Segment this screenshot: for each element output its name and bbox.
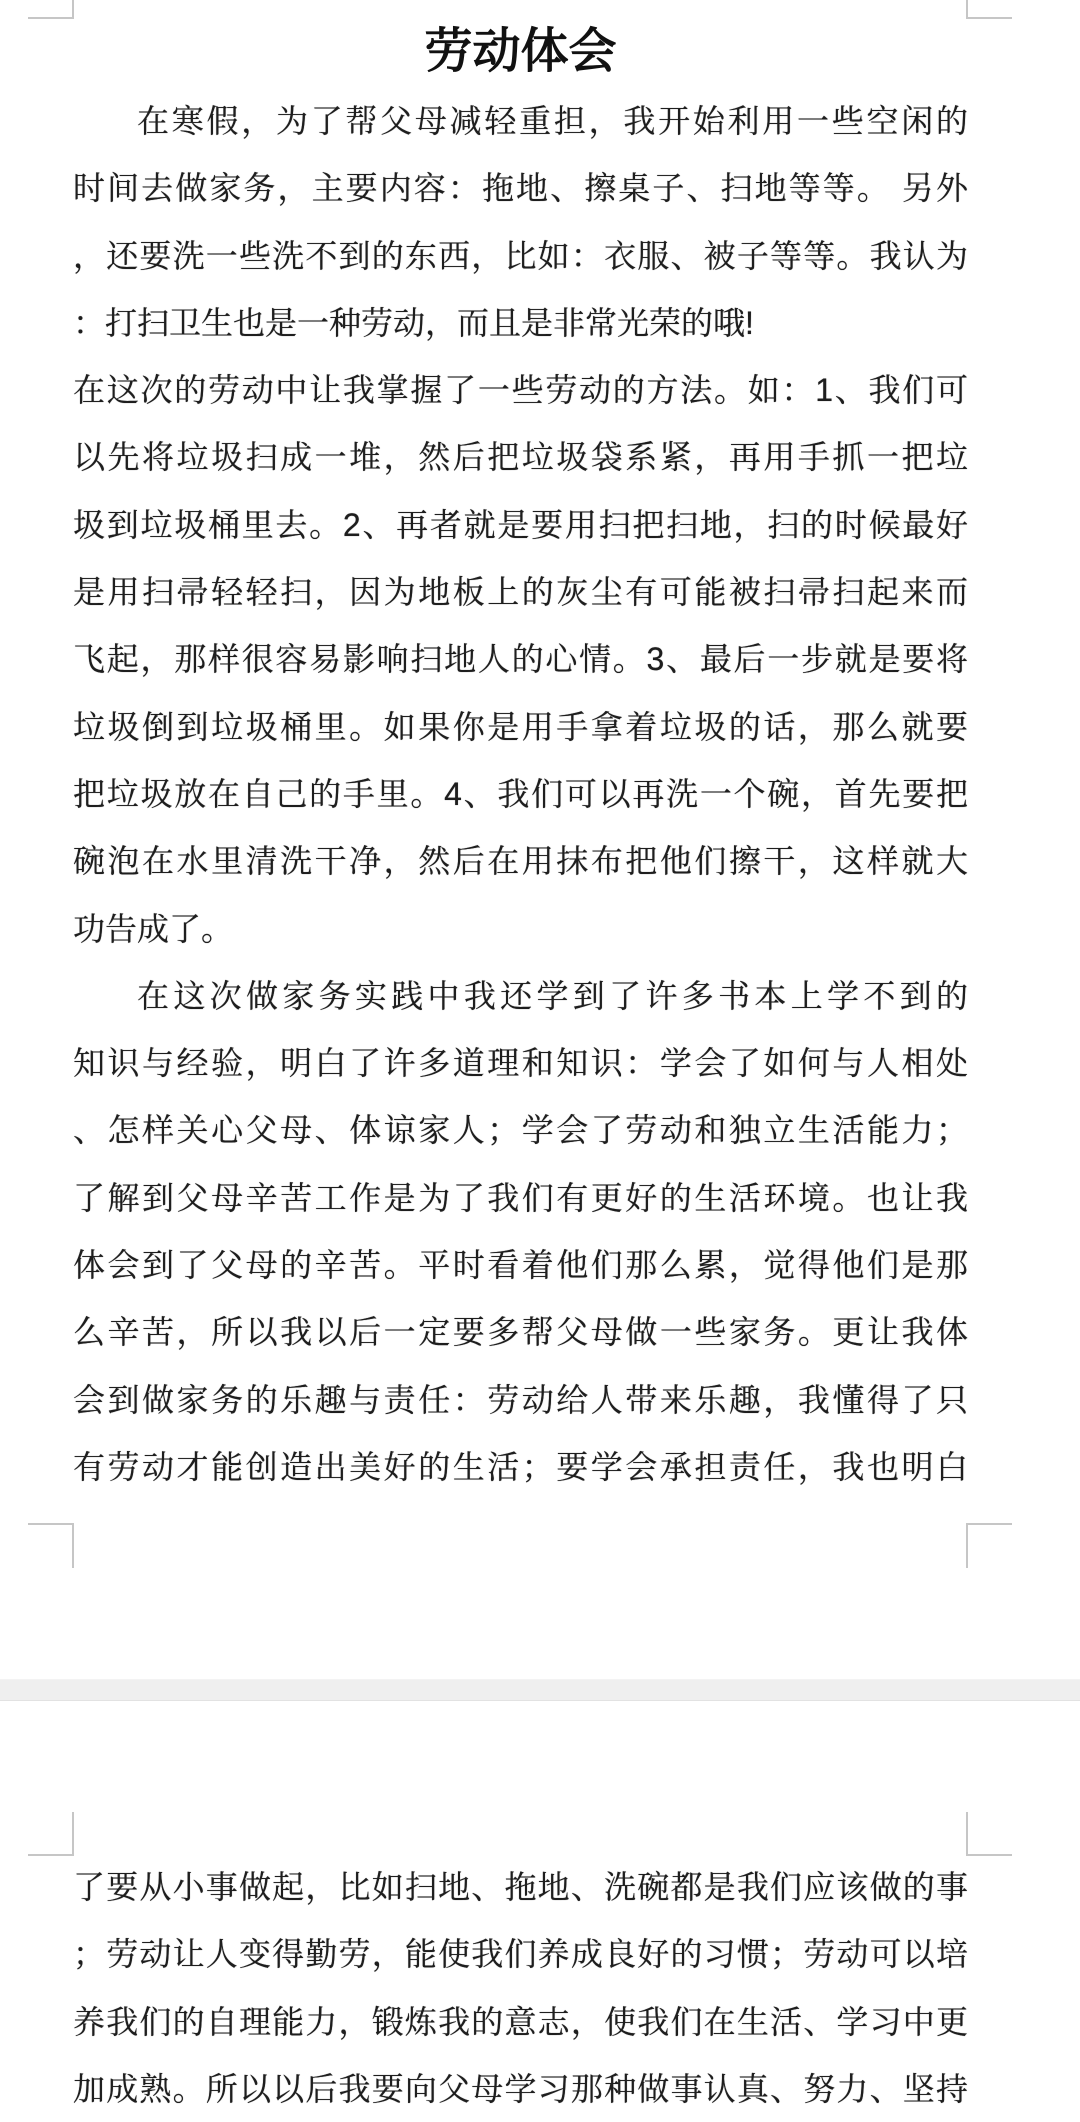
text-line: 了解到父母辛苦工作是为了我们有更好的生活环境。也让我 (73, 1165, 968, 1232)
text-boundary-mark-page1-top-left (28, 0, 74, 19)
text-line: ，还要洗一些洗不到的东西，比如：衣服、被子等等。我认为 (73, 223, 968, 290)
text-line: 垃圾倒到垃圾桶里。如果你是用手拿着垃圾的话，那么就要 (73, 694, 968, 761)
text-boundary-mark-page1-top-right (966, 0, 1012, 19)
text-line: ：打扫卫生也是一种劳动，而且是非常光荣的哦! (73, 290, 968, 357)
text-line: 在这次的劳动中让我掌握了一些劳动的方法。如：1、我们可 (73, 357, 968, 424)
document-canvas: { "title": "劳动体会", "colors": { "text": "… (0, 0, 1080, 2122)
text-line: 碗泡在水里清洗干净，然后在用抹布把他们擦干，这样就大 (73, 828, 968, 895)
text-line: 圾到垃圾桶里去。2、再者就是要用扫把扫地，扫的时候最好 (73, 492, 968, 559)
text-line: 时间去做家务，主要内容：拖地、擦桌子、扫地等等。 另外 (73, 155, 968, 222)
page-1: 劳动体会 在寒假，为了帮父母减轻重担，我开始利用一些空闲的时间去做家务，主要内容… (0, 0, 1080, 1679)
text-line: 加成熟。所以以后我要向父母学习那种做事认真、努力、坚持 (73, 2056, 968, 2122)
text-boundary-mark-page1-bottom-right (966, 1523, 1012, 1568)
text-line: 会到做家务的乐趣与责任：劳动给人带来乐趣，我懂得了只 (73, 1367, 968, 1434)
text-line: 知识与经验，明白了许多道理和知识：学会了如何与人相处 (73, 1030, 968, 1097)
text-boundary-mark-page2-top-right (966, 1812, 1012, 1856)
page-gap-separator (0, 1679, 1080, 1701)
text-line: 、怎样关心父母、体谅家人；学会了劳动和独立生活能力； (73, 1097, 968, 1164)
page-title: 劳动体会 (73, 22, 968, 82)
text-line: 功告成了。 (73, 896, 968, 963)
text-line: 在这次做家务实践中我还学到了许多书本上学不到的 (73, 963, 968, 1030)
text-line: 有劳动才能创造出美好的生活；要学会承担责任，我也明白 (73, 1434, 968, 1501)
text-line: 了要从小事做起，比如扫地、拖地、洗碗都是我们应该做的事 (73, 1854, 968, 1921)
text-line: 体会到了父母的辛苦。平时看着他们那么累，觉得他们是那 (73, 1232, 968, 1299)
page-2-text-block: 了要从小事做起，比如扫地、拖地、洗碗都是我们应该做的事；劳动让人变得勤劳，能使我… (73, 1854, 968, 2122)
page-1-text-block: 在寒假，为了帮父母减轻重担，我开始利用一些空闲的时间去做家务，主要内容：拖地、擦… (73, 88, 968, 1501)
text-line: 飞起，那样很容易影响扫地人的心情。3、最后一步就是要将 (73, 626, 968, 693)
text-boundary-mark-page1-bottom-left (28, 1523, 74, 1568)
text-line: 么辛苦，所以我以后一定要多帮父母做一些家务。更让我体 (73, 1299, 968, 1366)
text-boundary-mark-page2-top-left (28, 1812, 74, 1856)
text-line: 是用扫帚轻轻扫，因为地板上的灰尘有可能被扫帚扫起来而 (73, 559, 968, 626)
page-2: 了要从小事做起，比如扫地、拖地、洗碗都是我们应该做的事；劳动让人变得勤劳，能使我… (0, 1702, 1080, 2122)
text-line: 养我们的自理能力，锻炼我的意志，使我们在生活、学习中更 (73, 1989, 968, 2056)
text-line: 在寒假，为了帮父母减轻重担，我开始利用一些空闲的 (73, 88, 968, 155)
text-line: 把垃圾放在自己的手里。4、我们可以再洗一个碗，首先要把 (73, 761, 968, 828)
text-line: 以先将垃圾扫成一堆，然后把垃圾袋系紧，再用手抓一把垃 (73, 424, 968, 491)
text-line: ；劳动让人变得勤劳，能使我们养成良好的习惯；劳动可以培 (73, 1921, 968, 1988)
